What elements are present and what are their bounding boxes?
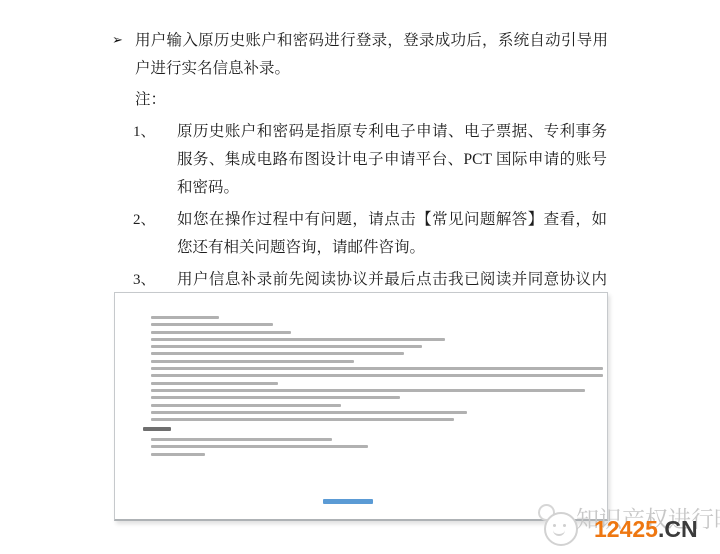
agreement-screenshot: [114, 292, 608, 521]
agreement-text-line: [151, 396, 400, 399]
document-page: ➢ 用户输入原历史账户和密码进行登录，登录成功后，系统自动引导用户进行实名信息补…: [0, 0, 720, 554]
agreement-text-line: [151, 453, 205, 456]
agreement-text-line: [151, 389, 585, 392]
watermark-site-number: 12425: [594, 516, 658, 542]
watermark-site-text: 12425.CN: [594, 516, 698, 543]
agreement-text-line: [151, 352, 404, 355]
item-number: 2、: [133, 206, 177, 262]
agreement-text-line: [151, 367, 603, 370]
bullet-paragraph: ➢ 用户输入原历史账户和密码进行登录，登录成功后，系统自动引导用户进行实名信息补…: [112, 27, 608, 83]
agreement-text-line: [151, 360, 354, 363]
agreement-fine-print: [151, 316, 603, 460]
item-text: 原历史账户和密码是指原专利电子申请、电子票据、专利事务服务、集成电路布图设计电子…: [177, 118, 607, 202]
agreement-text-line: [151, 345, 422, 348]
note-item-2: 2、 如您在操作过程中有问题，请点击【常见问题解答】查看，如您还有相关问题咨询，…: [133, 206, 608, 262]
agreement-text-line: [151, 404, 341, 407]
agreement-text-line: [151, 445, 368, 448]
item-text: 如您在操作过程中有问题，请点击【常见问题解答】查看，如您还有相关问题咨询，请邮件…: [177, 206, 607, 262]
agreement-text-line: [151, 418, 454, 421]
doc-text-block: ➢ 用户输入原历史账户和密码进行登录，登录成功后，系统自动引导用户进行实名信息补…: [112, 27, 608, 322]
arrow-bullet-icon: ➢: [112, 27, 135, 83]
agreement-text-line: [151, 438, 332, 441]
item-number: 1、: [133, 118, 177, 202]
agreement-text-line: [151, 331, 291, 334]
agreement-text-line: [151, 374, 603, 377]
note-label: 注：: [135, 86, 608, 114]
agreement-text-line: [151, 316, 219, 319]
agreement-text-line: [151, 382, 278, 385]
agreement-text-line: [151, 338, 445, 341]
agreement-text-line: [151, 323, 273, 326]
intro-paragraph: 用户输入原历史账户和密码进行登录，登录成功后，系统自动引导用户进行实名信息补录。: [135, 27, 608, 83]
watermark-site-tld: .CN: [658, 516, 698, 542]
agreement-text-line: [151, 411, 467, 414]
agreement-section-heading: [143, 427, 171, 431]
note-item-1: 1、 原历史账户和密码是指原专利电子申请、电子票据、专利事务服务、集成电路布图设…: [133, 118, 608, 202]
agree-button-depiction: [323, 499, 373, 504]
